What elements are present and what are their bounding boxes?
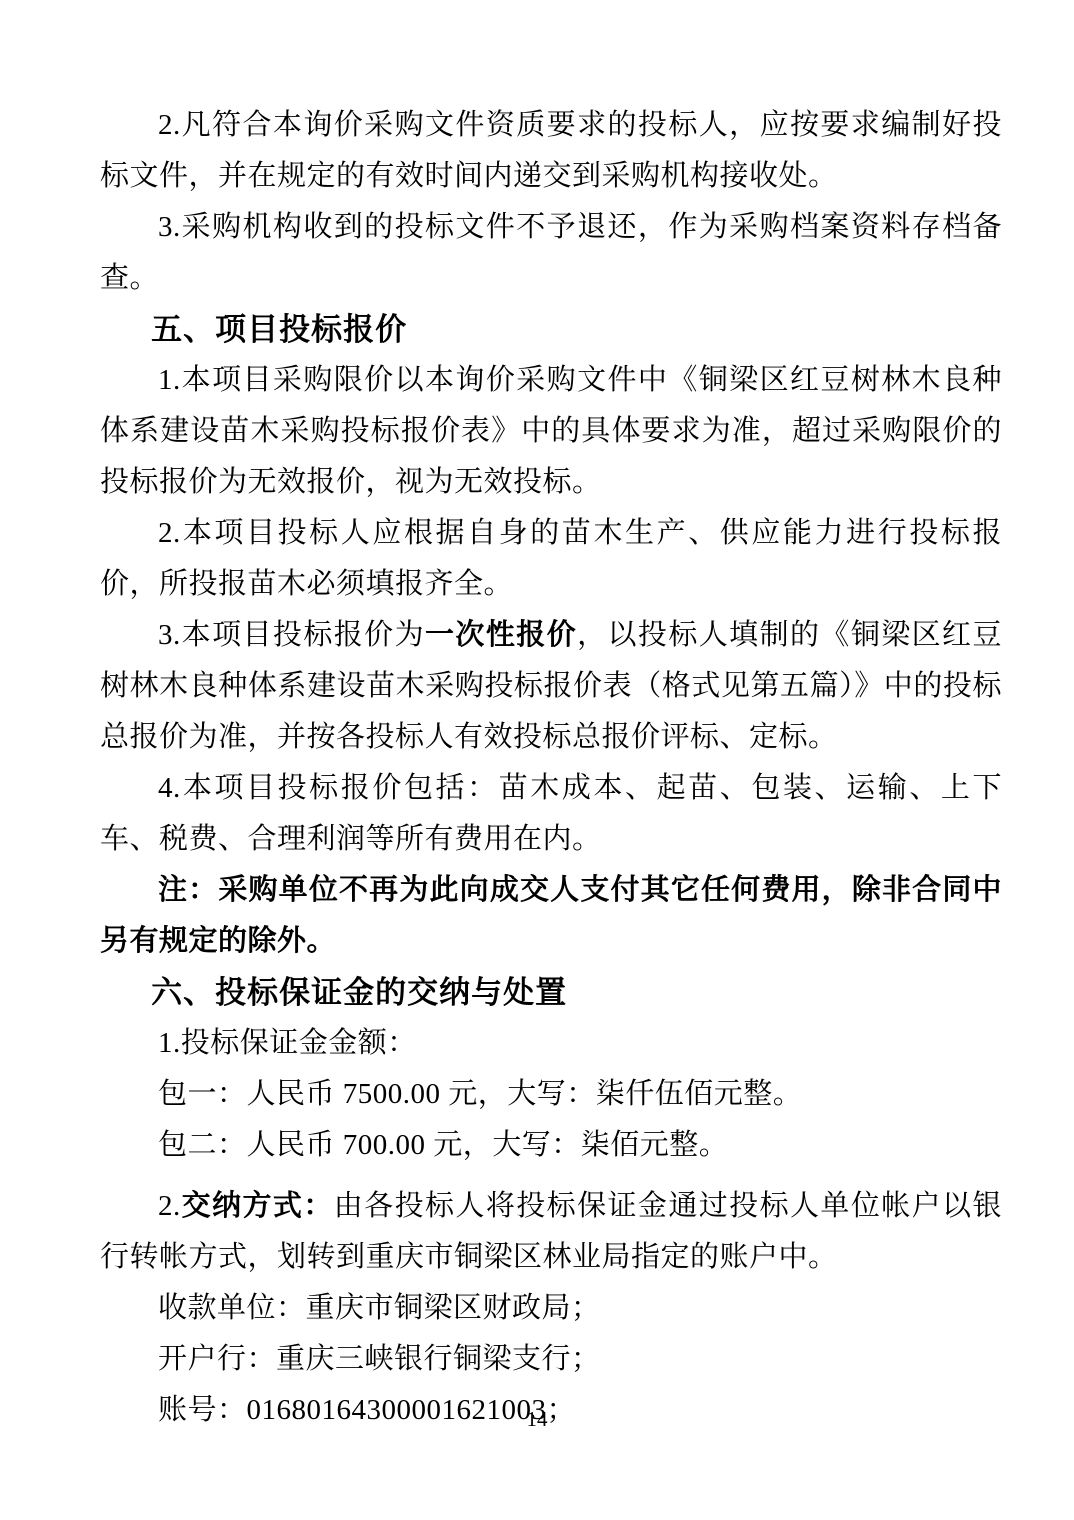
section-heading: 六、投标保证金的交纳与处置	[100, 967, 1002, 1018]
text-run: 六、投标保证金的交纳与处置	[151, 975, 567, 1010]
paragraph: 开户行：重庆三峡银行铜梁支行；	[100, 1334, 1002, 1385]
text-run: 注：采购单位不再为此向成交人支付其它任何费用，除非合同中另有规定的除外。	[100, 874, 1002, 957]
text-run: 收款单位：重庆市铜梁区财政局；	[158, 1292, 601, 1324]
paragraph: 2.本项目投标人应根据自身的苗木生产、供应能力进行投标报价，所投报苗木必须填报齐…	[100, 508, 1002, 610]
section-heading: 五、项目投标报价	[100, 304, 1002, 355]
paragraph: 1.本项目采购限价以本询价采购文件中《铜梁区红豆树林木良种体系建设苗木采购投标报…	[100, 355, 1002, 508]
paragraph: 2.凡符合本询价采购文件资质要求的投标人，应按要求编制好投标文件，并在规定的有效…	[100, 100, 1002, 202]
paragraph: 包二：人民币 700.00 元，大写：柒佰元整。	[100, 1120, 1002, 1171]
text-run: 2.凡符合本询价采购文件资质要求的投标人，应按要求编制好投标文件，并在规定的有效…	[100, 109, 1002, 192]
paragraph: 3.本项目投标报价为一次性报价，以投标人填制的《铜梁区红豆树林木良种体系建设苗木…	[100, 610, 1002, 763]
text-run: 1.本项目采购限价以本询价采购文件中《铜梁区红豆树林木良种体系建设苗木采购投标报…	[100, 364, 1002, 498]
paragraph: 4.本项目投标报价包括：苗木成本、起苗、包装、运输、上下车、税费、合理利润等所有…	[100, 763, 1002, 865]
page-number: 14	[0, 1406, 1074, 1432]
text-run: 交纳方式：	[181, 1190, 334, 1222]
paragraph: 包一：人民币 7500.00 元，大写：柒仟伍佰元整。	[100, 1069, 1002, 1120]
text-run: 包一：人民币 7500.00 元，大写：柒仟伍佰元整。	[158, 1078, 802, 1110]
paragraph: 2.交纳方式：由各投标人将投标保证金通过投标人单位帐户以银行转帐方式，划转到重庆…	[100, 1181, 1002, 1283]
text-run: 包二：人民币 700.00 元，大写：柒佰元整。	[158, 1129, 728, 1161]
document-body: 2.凡符合本询价采购文件资质要求的投标人，应按要求编制好投标文件，并在规定的有效…	[100, 100, 1002, 1436]
text-run: 一次性报价	[425, 619, 577, 651]
paragraph: 注：采购单位不再为此向成交人支付其它任何费用，除非合同中另有规定的除外。	[100, 865, 1002, 967]
document-page: 2.凡符合本询价采购文件资质要求的投标人，应按要求编制好投标文件，并在规定的有效…	[0, 0, 1074, 1520]
paragraph: 3.采购机构收到的投标文件不予退还，作为采购档案资料存档备查。	[100, 202, 1002, 304]
text-run: 2.本项目投标人应根据自身的苗木生产、供应能力进行投标报价，所投报苗木必须填报齐…	[100, 517, 1002, 600]
paragraph: 1.投标保证金金额：	[100, 1018, 1002, 1069]
text-run: 五、项目投标报价	[151, 312, 407, 347]
text-run: 开户行：重庆三峡银行铜梁支行；	[158, 1343, 601, 1375]
text-run: 1.投标保证金金额：	[158, 1027, 417, 1059]
text-run: 3.本项目投标报价为	[158, 619, 425, 651]
paragraph: 收款单位：重庆市铜梁区财政局；	[100, 1283, 1002, 1334]
text-run: 3.采购机构收到的投标文件不予退还，作为采购档案资料存档备查。	[100, 211, 1002, 294]
text-run: 4.本项目投标报价包括：苗木成本、起苗、包装、运输、上下车、税费、合理利润等所有…	[100, 772, 1002, 855]
text-run: 2.	[158, 1190, 181, 1222]
